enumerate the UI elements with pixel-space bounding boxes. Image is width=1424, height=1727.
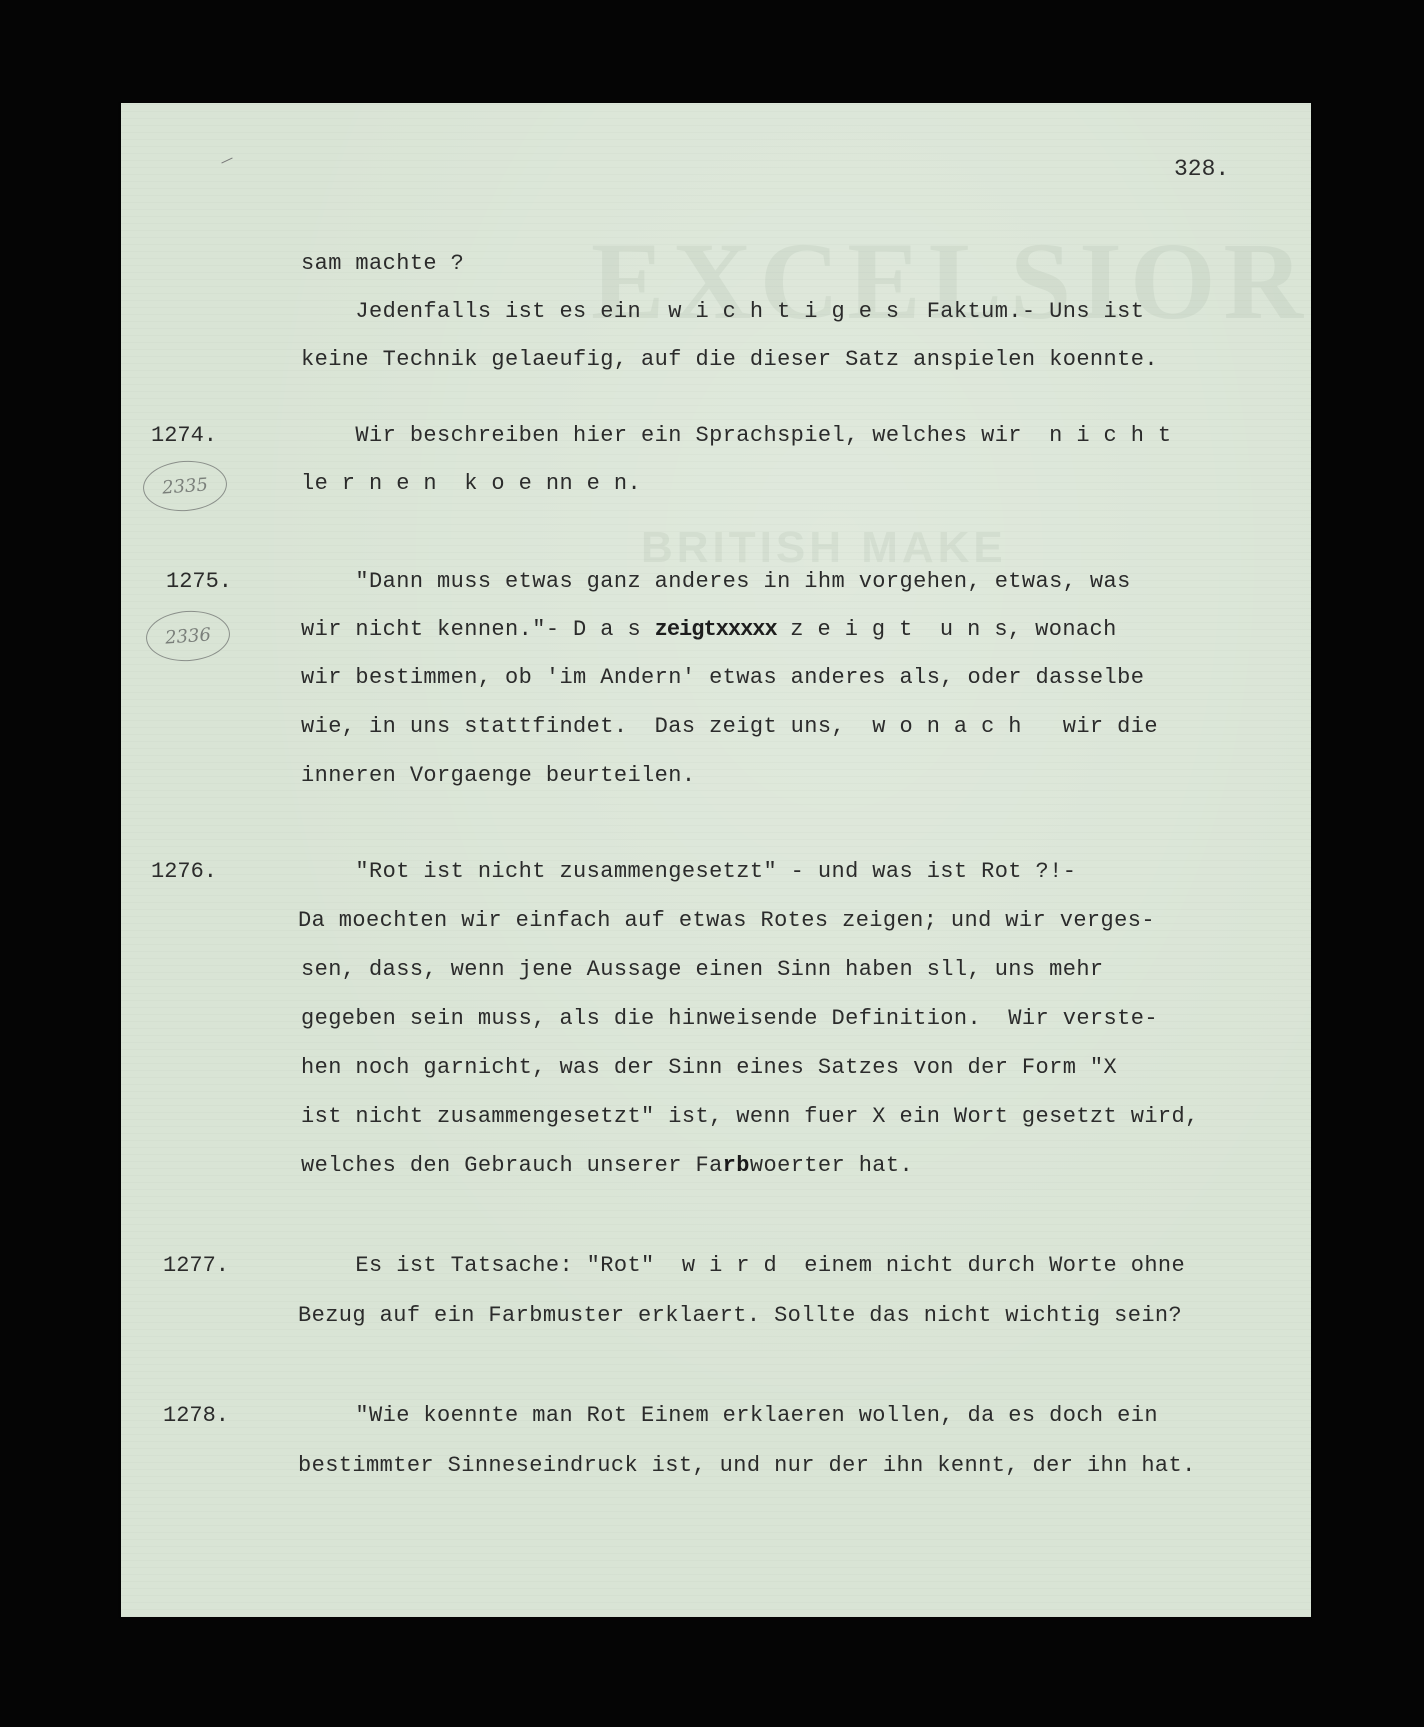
struck-out-word: zeigtxxxxx — [655, 617, 777, 642]
text-line: sam machte ? — [301, 251, 464, 276]
handwritten-margin-number: 2335 — [141, 458, 228, 514]
text-line: ist nicht zusammengesetzt" ist, wenn fue… — [301, 1104, 1199, 1129]
text-line: le r n e n k o e nn e n. — [301, 471, 641, 496]
text-line: inneren Vorgaenge beurteilen. — [301, 763, 695, 788]
text-line: Da moechten wir einfach auf etwas Rotes … — [298, 908, 1155, 933]
section-number: 1276. — [151, 859, 217, 884]
text-fragment: z e i g t u n s, wonach — [777, 617, 1117, 642]
text-line: hen noch garnicht, was der Sinn eines Sa… — [301, 1055, 1117, 1080]
text-line: Wir beschreiben hier ein Sprachspiel, we… — [301, 423, 1172, 448]
text-line: Es ist Tatsache: "Rot" w i r d einem nic… — [301, 1253, 1185, 1278]
text-line: "Dann muss etwas ganz anderes in ihm vor… — [301, 569, 1131, 594]
text-line: wir bestimmen, ob 'im Andern' etwas ande… — [301, 665, 1144, 690]
text-line: "Wie koennte man Rot Einem erklaeren wol… — [301, 1403, 1158, 1428]
handwritten-margin-number: 2336 — [144, 608, 231, 664]
text-line: gegeben sein muss, als die hinweisende D… — [301, 1006, 1158, 1031]
text-fragment: welches den Gebrauch unserer Fa — [301, 1153, 723, 1178]
text-line: wie, in uns stattfindet. Das zeigt uns, … — [301, 714, 1158, 739]
text-line: Jedenfalls ist es ein w i c h t i g e s … — [301, 299, 1144, 324]
text-line: welches den Gebrauch unserer Farbwoerter… — [301, 1153, 913, 1178]
text-line: "Rot ist nicht zusammengesetzt" - und wa… — [301, 859, 1076, 884]
section-number: 1278. — [163, 1403, 229, 1428]
text-fragment: woerter hat. — [750, 1153, 913, 1178]
section-number: 1275. — [166, 569, 232, 594]
paper-watermark: EXCELSIOR — [591, 218, 1311, 345]
typescript-page: EXCELSIOR BRITISH MAKE 328. sam machte ?… — [121, 103, 1311, 1617]
text-line: Bezug auf ein Farbmuster erklaert. Sollt… — [298, 1303, 1182, 1328]
page-number: 328. — [1174, 156, 1229, 182]
paper-watermark-secondary: BRITISH MAKE — [641, 523, 1007, 573]
overtyped-letters: rb — [723, 1153, 750, 1178]
section-number: 1277. — [163, 1253, 229, 1278]
pencil-tick-mark — [221, 158, 232, 164]
section-number: 1274. — [151, 423, 217, 448]
text-line: sen, dass, wenn jene Aussage einen Sinn … — [301, 957, 1104, 982]
text-fragment: wir nicht kennen."- D a s — [301, 617, 655, 642]
text-line: keine Technik gelaeufig, auf die dieser … — [301, 347, 1158, 372]
text-line: wir nicht kennen."- D a s zeigtxxxxx z e… — [301, 617, 1117, 642]
text-line: bestimmter Sinneseindruck ist, und nur d… — [298, 1453, 1196, 1478]
